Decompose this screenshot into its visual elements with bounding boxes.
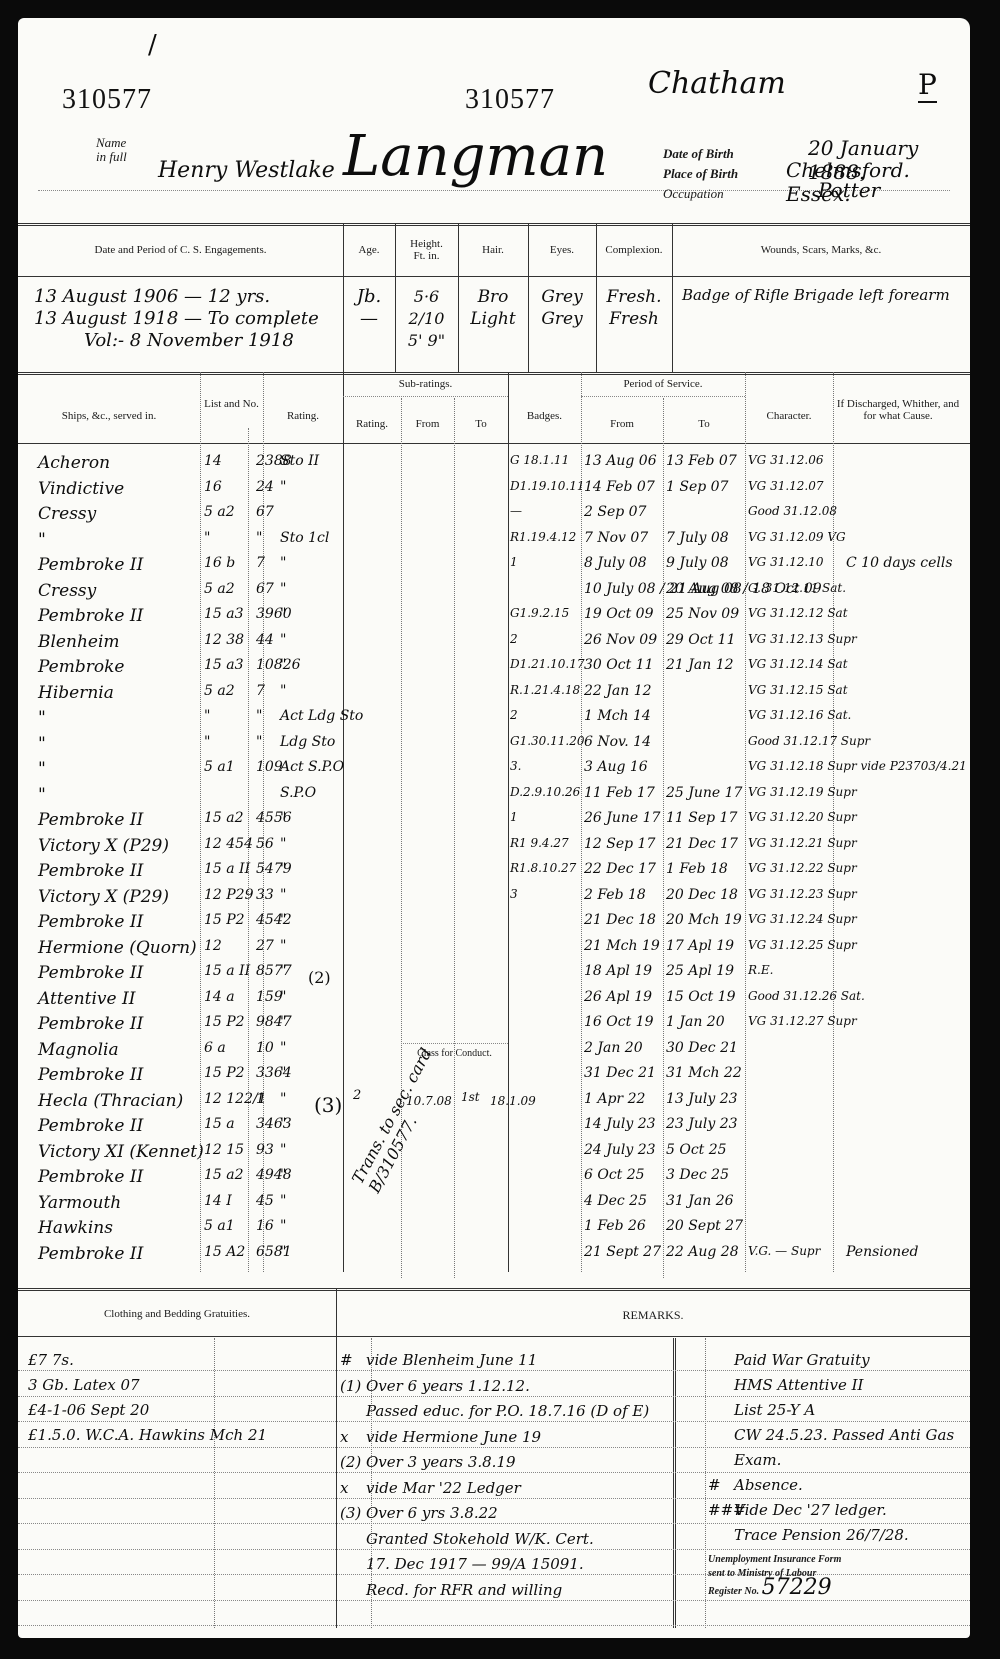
number-value: " [256, 708, 262, 724]
remark-text: CW 24.5.23. Passed Anti Gas [734, 1426, 954, 1444]
number-value: 1 [256, 1091, 265, 1107]
stamp-line-3: Register No. [708, 1586, 759, 1597]
period-from: 1 Feb 26 [584, 1218, 646, 1234]
remark-text: Over 6 yrs 3.8.22 [366, 1504, 498, 1522]
service-row: Pembroke II15 a II8577"18 Apl 1925 Apl 1… [18, 963, 970, 990]
rating-value: " [280, 683, 286, 699]
service-row: Pembroke II15 P24542"21 Dec 1820 Mch 19V… [18, 912, 970, 939]
list-value: 14 [204, 453, 222, 469]
cause-value: C 10 days cells [846, 555, 953, 571]
service-row: Yarmouth14 I45"4 Dec 2531 Jan 26 [18, 1193, 970, 1220]
rating-value: " [280, 938, 286, 954]
rating-value: S.P.O [280, 785, 316, 801]
clothing-line: 3 Gb. Latex 07 [28, 1373, 267, 1398]
list-value: 16 [204, 479, 222, 495]
period-to: 20 Mch 19 [666, 912, 742, 928]
list-value: 5 a2 [204, 581, 235, 597]
engagement-bottom-rule [18, 372, 970, 375]
period-to: 21 Jan 12 [666, 657, 734, 673]
number-value: 45 [256, 1193, 274, 1209]
rating-value: " [280, 989, 286, 1005]
remark-line: CW 24.5.23. Passed Anti Gas [708, 1423, 954, 1448]
age-values: Jb. — [343, 286, 395, 330]
service-row: Victory XI (Kennet)12 1593"24 July 235 O… [18, 1142, 970, 1169]
badge-value: R1 9.4.27 [510, 836, 569, 850]
ship-name: Hibernia [38, 683, 114, 703]
character-value: VG 31.12.23 Supr [748, 887, 857, 901]
remark-line: Exam. [708, 1448, 954, 1473]
character-value: VG 31.12.14 Sat [748, 657, 848, 671]
remark-text: vide Hermione June 19 [366, 1428, 541, 1446]
ship-name: " [38, 708, 46, 728]
dob-label: Date of Birth [663, 146, 734, 162]
header-sub-from: From [401, 418, 454, 430]
remark-line: #Absence. [708, 1473, 954, 1498]
service-record-sheet: / 310577 310577 Chatham P Name in full H… [18, 18, 970, 1638]
period-from: 14 Feb 07 [584, 479, 655, 495]
period-from: 22 Dec 17 [584, 861, 656, 877]
bottom-header-rule [18, 1336, 970, 1337]
period-to: 7 July 08 [666, 530, 729, 546]
subheader-rule [343, 396, 508, 397]
rating-value: " [280, 810, 286, 826]
period-from: 24 July 23 [584, 1142, 656, 1158]
header-sub-rating: Rating. [343, 418, 401, 430]
ship-name: Pembroke II [38, 1116, 143, 1136]
period-from: 4 Dec 25 [584, 1193, 647, 1209]
remark-text: Over 3 years 3.8.19 [366, 1453, 516, 1471]
service-row: Vindictive1624"D1.19.10.1114 Feb 071 Sep… [18, 479, 970, 506]
clothing-line: £1.5.0. W.C.A. Hawkins Mch 21 [28, 1423, 267, 1448]
remark-line: HMS Attentive II [708, 1373, 954, 1398]
badge-value: D1.19.10.11 [510, 479, 585, 493]
character-value: VG 31.12.09 VG [748, 530, 846, 544]
cause-value: Pensioned [846, 1244, 918, 1260]
list-value: 15 a II [204, 861, 250, 877]
period-from: 22 Jan 12 [584, 683, 652, 699]
header-complexion: Complexion. [596, 244, 672, 256]
character-value: VG 31.12.06 [748, 453, 824, 467]
header-height-label: Height. [395, 238, 458, 250]
period-from: 21 Mch 19 [584, 938, 660, 954]
conduct-mark-2: 2 [353, 1088, 361, 1103]
list-value: 15 a3 [204, 657, 244, 673]
rating-value: " [280, 555, 286, 571]
badge-value: 3 [510, 887, 518, 901]
ship-name: " [38, 530, 46, 550]
ruled-line [18, 1447, 970, 1448]
service-header-rule [18, 443, 970, 444]
forenames: Henry Westlake [158, 158, 335, 183]
col-divider [673, 1338, 676, 1628]
engagement-top-rule [18, 223, 970, 226]
list-value: 15 P2 [204, 1014, 245, 1030]
remark-text: Over 6 years 1.12.12. [366, 1377, 530, 1395]
remark-text: vide Blenheim June 11 [366, 1351, 537, 1369]
period-from: 6 Oct 25 [584, 1167, 645, 1183]
service-row: Pembroke II15 a II5479"R1.8.10.2722 Dec … [18, 861, 970, 888]
character-value: VG 31.12.07 [748, 479, 824, 493]
number-value: 67 [256, 504, 274, 520]
wounds-value: Badge of Rifle Brigade left forearm [682, 286, 950, 304]
period-from: 3 Aug 16 [584, 759, 648, 775]
top-mark: / [148, 30, 157, 60]
rating-value: " [280, 1040, 286, 1056]
ruled-line [18, 1625, 970, 1626]
age-value: — [343, 308, 395, 330]
engagement-period: 13 August 1918 — To complete [34, 308, 319, 330]
period-to: 1 Sep 07 [666, 479, 728, 495]
height-value: 5·6 2/10 [395, 286, 458, 330]
number-value: " [256, 734, 262, 750]
remark-text: HMS Attentive II [734, 1376, 863, 1394]
rating-value: " [280, 606, 286, 622]
clothing-header: Clothing and Bedding Gratuities. [18, 1308, 336, 1320]
complexion-value: Fresh. [596, 286, 672, 308]
conduct-to: 18.1.09 [490, 1094, 536, 1108]
rating-value: Sto 1cl [280, 530, 329, 546]
eyes-value: Grey [528, 308, 596, 330]
service-row: """Act Ldg Sto21 Mch 14VG 31.12.16 Sat. [18, 708, 970, 735]
header-badges: Badges. [508, 410, 581, 422]
period-to: 25 Apl 19 [666, 963, 734, 979]
ship-name: Hawkins [38, 1218, 113, 1238]
remark-mark: ### [708, 1498, 734, 1523]
period-to: 1 Feb 18 [666, 861, 728, 877]
period-to: 29 Oct 11 [666, 632, 735, 648]
ship-name: Cressy [38, 581, 96, 601]
ship-name: Pembroke II [38, 1065, 143, 1085]
service-row: Pembroke II15 a24948"6 Oct 253 Dec 25 [18, 1167, 970, 1194]
list-value: 15 a3 [204, 606, 244, 622]
ship-name: Acheron [38, 453, 110, 473]
list-value: 16 b [204, 555, 235, 571]
eyes-value: Grey [528, 286, 596, 308]
list-value: 15 P2 [204, 1065, 245, 1081]
remark-text: Vide Dec '27 ledger. [734, 1501, 887, 1519]
list-value: " [204, 734, 210, 750]
header-height-units: Ft. in. [395, 250, 458, 262]
ship-name: Pembroke II [38, 1014, 143, 1034]
remark-text: Paid War Gratuity [734, 1351, 870, 1369]
rating-value: " [280, 861, 286, 877]
ship-name: " [38, 734, 46, 754]
ship-name: Pembroke II [38, 606, 143, 626]
rating-value: " [280, 1193, 286, 1209]
conduct-class: 1st [461, 1090, 480, 1104]
period-to: 30 Dec 21 [666, 1040, 738, 1056]
period-to: 15 Oct 19 [666, 989, 735, 1005]
ship-name: Pembroke II [38, 555, 143, 575]
service-row: Blenheim12 3844"226 Nov 0929 Oct 11VG 31… [18, 632, 970, 659]
col-divider [336, 1288, 337, 1628]
header-period: Period of Service. [581, 378, 745, 390]
remark-text: Recd. for RFR and willing [366, 1581, 562, 1599]
badge-value: 2 [510, 632, 518, 646]
period-to: 20 Dec 18 [666, 887, 738, 903]
remark-text: List 25-Y A [734, 1401, 815, 1419]
list-value: 12 38 [204, 632, 244, 648]
period-to: 21 Dec 17 [666, 836, 738, 852]
remark-text: Trace Pension 26/7/28. [734, 1526, 909, 1544]
list-value: 12 P29 [204, 887, 254, 903]
ship-name: Magnolia [38, 1040, 119, 1060]
service-row: Pembroke15 a310826"D1.21.10.1730 Oct 112… [18, 657, 970, 684]
period-from: 13 Aug 06 [584, 453, 657, 469]
rating-value: " [280, 479, 286, 495]
remark-text: 17. Dec 1917 — 99/A 15091. [366, 1555, 584, 1573]
service-row: Victory X (P29)12 P2933"32 Feb 1820 Dec … [18, 887, 970, 914]
period-from: 2 Sep 07 [584, 504, 646, 520]
character-value: VG 31.12.24 Supr [748, 912, 857, 926]
number-value: 56 [256, 836, 274, 852]
period-to: 13 July 23 [666, 1091, 738, 1107]
remark-text: Absence. [734, 1476, 803, 1494]
list-value: 12 [204, 938, 222, 954]
rating-value: " [280, 581, 286, 597]
list-value: 15 a2 [204, 1167, 244, 1183]
period-to: 23 July 23 [666, 1116, 738, 1132]
period-from: 21 Dec 18 [584, 912, 656, 928]
complexion-values: Fresh. Fresh [596, 286, 672, 330]
badge-value: G1.30.11.20 [510, 734, 584, 748]
service-row: Pembroke II16 b7"18 July 089 July 08VG 3… [18, 555, 970, 582]
character-value: VG 31.12.20 Supr [748, 810, 857, 824]
header-sub-ratings: Sub-ratings. [343, 378, 508, 390]
number-value: 93 [256, 1142, 274, 1158]
period-to: 31 Jan 26 [666, 1193, 734, 1209]
service-row: Pembroke II15 a3463"14 July 2323 July 23 [18, 1116, 970, 1143]
period-from: 31 Dec 21 [584, 1065, 656, 1081]
rating-value: " [280, 912, 286, 928]
rating-value: " [280, 1116, 286, 1132]
clothing-line: £4-1-06 Sept 20 [28, 1398, 267, 1423]
list-value: 5 a1 [204, 1218, 235, 1234]
engagement-periods: 13 August 1906 — 12 yrs. 13 August 1918 … [34, 286, 319, 352]
period-from: 2 Jan 20 [584, 1040, 643, 1056]
header-age: Age. [343, 244, 395, 256]
period-from: 19 Oct 09 [584, 606, 653, 622]
character-value: VG 31.12.10 [748, 555, 824, 569]
period-from: 2 Feb 18 [584, 887, 646, 903]
character-value: VG 31.12.27 Supr [748, 1014, 857, 1028]
character-value: Good 31.12.08 [748, 504, 837, 518]
remark-line: ###Vide Dec '27 ledger. [708, 1498, 954, 1523]
list-value: 5 a2 [204, 504, 235, 520]
period-to: 25 Nov 09 [666, 606, 739, 622]
ship-name: Pembroke II [38, 912, 143, 932]
list-value: 5 a1 [204, 759, 235, 775]
number-value: 10 [256, 1040, 274, 1056]
remark-line: Trace Pension 26/7/28. [708, 1523, 954, 1548]
rating-value: Sto II [280, 453, 319, 469]
engagement-header-rule [18, 276, 970, 277]
period-to: 22 Aug 28 [666, 1244, 739, 1260]
ship-name: Victory XI (Kennet) [38, 1142, 204, 1162]
ship-name: Pembroke II [38, 1244, 143, 1264]
number-value: 24 [256, 479, 274, 495]
list-value: " [204, 530, 210, 546]
rating-value: Act S.P.O [280, 759, 344, 775]
ship-name: Pembroke II [38, 861, 143, 881]
list-value: 15 a [204, 1116, 235, 1132]
number-value: 159 [256, 989, 283, 1005]
remarks-right: Paid War GratuityHMS Attentive IIList 25… [708, 1348, 954, 1548]
character-value: VG 31.12.21 Supr [748, 836, 857, 850]
rating-value: " [280, 632, 286, 648]
rating-value: " [280, 1091, 286, 1107]
service-row: Hawkins5 a116"1 Feb 2620 Sept 27 [18, 1218, 970, 1245]
corner-mark: P [918, 68, 937, 103]
ship-name: Pembroke [38, 657, 124, 677]
port-division: Chatham [648, 66, 786, 101]
service-row: Cressy5 a267—2 Sep 07Good 31.12.08 [18, 504, 970, 531]
period-from: 26 Nov 09 [584, 632, 657, 648]
rating-value: Ldg Sto [280, 734, 335, 750]
header-wounds: Wounds, Scars, Marks, &c. [672, 244, 970, 256]
rating-value: " [280, 1167, 286, 1183]
list-value: 15 P2 [204, 912, 245, 928]
rating-value: " [280, 1014, 286, 1030]
rating-value: " [280, 657, 286, 673]
service-row: """Sto 1clR1.19.4.127 Nov 077 July 08VG … [18, 530, 970, 557]
character-value: Good 31.12.26 Sat. [748, 989, 865, 1003]
official-number-left: 310577 [62, 84, 152, 116]
service-row: Hibernia5 a27"R.1.21.4.1822 Jan 12VG 31.… [18, 683, 970, 710]
remark-text: Granted Stokehold W/K. Cert. [366, 1530, 594, 1548]
period-to: 9 July 08 [666, 555, 729, 571]
list-value: 6 a [204, 1040, 226, 1056]
remarks-header: REMARKS. [336, 1308, 970, 1323]
character-value: VG 31.12.22 Supr [748, 861, 857, 875]
period-to: 13 Feb 07 [666, 453, 737, 469]
period-to: 1 Jan 20 [666, 1014, 725, 1030]
rating-value: Act Ldg Sto [280, 708, 363, 724]
character-value: VG 31.12.16 Sat. [748, 708, 851, 722]
rating-value: " [280, 1142, 286, 1158]
number-value: 7 [256, 683, 265, 699]
rating-value: " [280, 1218, 286, 1234]
period-to: 3 Dec 25 [666, 1167, 729, 1183]
period-from: 12 Sep 17 [584, 836, 655, 852]
ship-name: " [38, 785, 46, 805]
number-value: 33 [256, 887, 274, 903]
list-value: 15 a2 [204, 810, 244, 826]
period-from: 7 Nov 07 [584, 530, 648, 546]
rating-value: " [280, 1244, 286, 1260]
number-value: 7 [256, 555, 265, 571]
badge-value: G1.9.2.15 [510, 606, 569, 620]
number-value: " [256, 530, 262, 546]
list-value: 5 a2 [204, 683, 235, 699]
header-character: Character. [745, 410, 833, 422]
subheader-rule [581, 396, 745, 397]
ship-name: Cressy [38, 504, 96, 524]
bottom-section-rule [18, 1288, 970, 1291]
badge-value: — [510, 504, 522, 518]
header-sub-to: To [454, 418, 508, 430]
circled-2-mark: (2) [308, 968, 331, 987]
unemployment-stamp: Unemployment Insurance Form sent to Mini… [708, 1553, 841, 1599]
service-row: Victory X (P29)12 45456"R1 9.4.2712 Sep … [18, 836, 970, 863]
header-hair: Hair. [458, 244, 528, 256]
badge-value: R1.8.10.27 [510, 861, 576, 875]
character-value: Good 31.12.17 Supr [748, 734, 870, 748]
badge-value: 3. [510, 759, 521, 773]
complexion-value: Fresh [596, 308, 672, 330]
header-to: To [663, 418, 745, 430]
badge-value: R.1.21.4.18 [510, 683, 580, 697]
service-row: Attentive II14 a159"26 Apl 1915 Oct 19Go… [18, 989, 970, 1016]
list-value: 15 A2 [204, 1244, 245, 1260]
badge-value: R1.19.4.12 [510, 530, 576, 544]
period-from: 6 Nov. 14 [584, 734, 651, 750]
ship-name: Hecla (Thracian) [38, 1091, 183, 1111]
period-from: 16 Oct 19 [584, 1014, 653, 1030]
header-discharged: If Discharged, Whither, and for what Cau… [833, 398, 963, 422]
character-value: VG 31.12.19 Supr [748, 785, 857, 799]
service-row: "S.P.OD.2.9.10.2611 Feb 1725 June 17VG 3… [18, 785, 970, 812]
period-from: 21 Sept 27 [584, 1244, 661, 1260]
badge-value: 2 [510, 708, 518, 722]
ship-name: Blenheim [38, 632, 120, 652]
remarks-left: #vide Blenheim June 11(1)Over 6 years 1.… [340, 1348, 649, 1603]
surname: Langman [343, 124, 608, 189]
ruled-line [18, 1370, 970, 1371]
service-row: Pembroke II15 a24556"126 June 1711 Sep 1… [18, 810, 970, 837]
list-value: 14 I [204, 1193, 232, 1209]
period-to: 5 Oct 25 [666, 1142, 727, 1158]
header-rating: Rating. [263, 410, 343, 422]
circled-3-mark: (3) [314, 1093, 342, 1117]
ship-name: " [38, 759, 46, 779]
occupation-label: Occupation [663, 186, 724, 202]
service-row: Pembroke II15 P29847"16 Oct 191 Jan 20VG… [18, 1014, 970, 1041]
header-eyes: Eyes. [528, 244, 596, 256]
occupation-value: Potter [818, 178, 880, 202]
list-value: 14 a [204, 989, 235, 1005]
list-value: 12 15 [204, 1142, 244, 1158]
ship-name: Pembroke II [38, 963, 143, 983]
period-to: 20 Sept 27 [666, 1218, 743, 1234]
badge-value: 1 [510, 810, 518, 824]
number-value: 16 [256, 1218, 274, 1234]
rating-value: " [280, 1065, 286, 1081]
period-from: 26 Apl 19 [584, 989, 652, 1005]
period-from: 1 Apr 22 [584, 1091, 645, 1107]
badge-value: 1 [510, 555, 518, 569]
number-value: 67 [256, 581, 274, 597]
list-value: 15 a II [204, 963, 250, 979]
period-from: 30 Oct 11 [584, 657, 653, 673]
period-from: 1 Mch 14 [584, 708, 651, 724]
hair-value: Bro [458, 286, 528, 308]
header-cs-engagements: Date and Period of C. S. Engagements. [18, 244, 343, 256]
height-values: 5·6 2/10 5' 9" [395, 286, 458, 352]
register-number: 57229 [762, 1575, 832, 1600]
service-row: Cressy5 a267"10 July 08 / 21 Aug 0820 Au… [18, 581, 970, 608]
character-value: VG 31.12.18 Supr vide P23703/4.21 [748, 759, 967, 773]
service-row: Pembroke II15 A26581"21 Sept 2722 Aug 28… [18, 1244, 970, 1271]
service-row: "5 a1109Act S.P.O3.3 Aug 16VG 31.12.18 S… [18, 759, 970, 786]
service-row: Hermione (Quorn)1227"21 Mch 1917 Apl 19V… [18, 938, 970, 965]
period-to: 11 Sep 17 [666, 810, 737, 826]
ruled-line [18, 1421, 970, 1422]
rating-value: " [280, 963, 286, 979]
character-value: VG 31.12.13 Supr [748, 632, 857, 646]
period-from: 26 June 17 [584, 810, 660, 826]
character-value: G. 31.12.11 Sat. [748, 581, 846, 595]
